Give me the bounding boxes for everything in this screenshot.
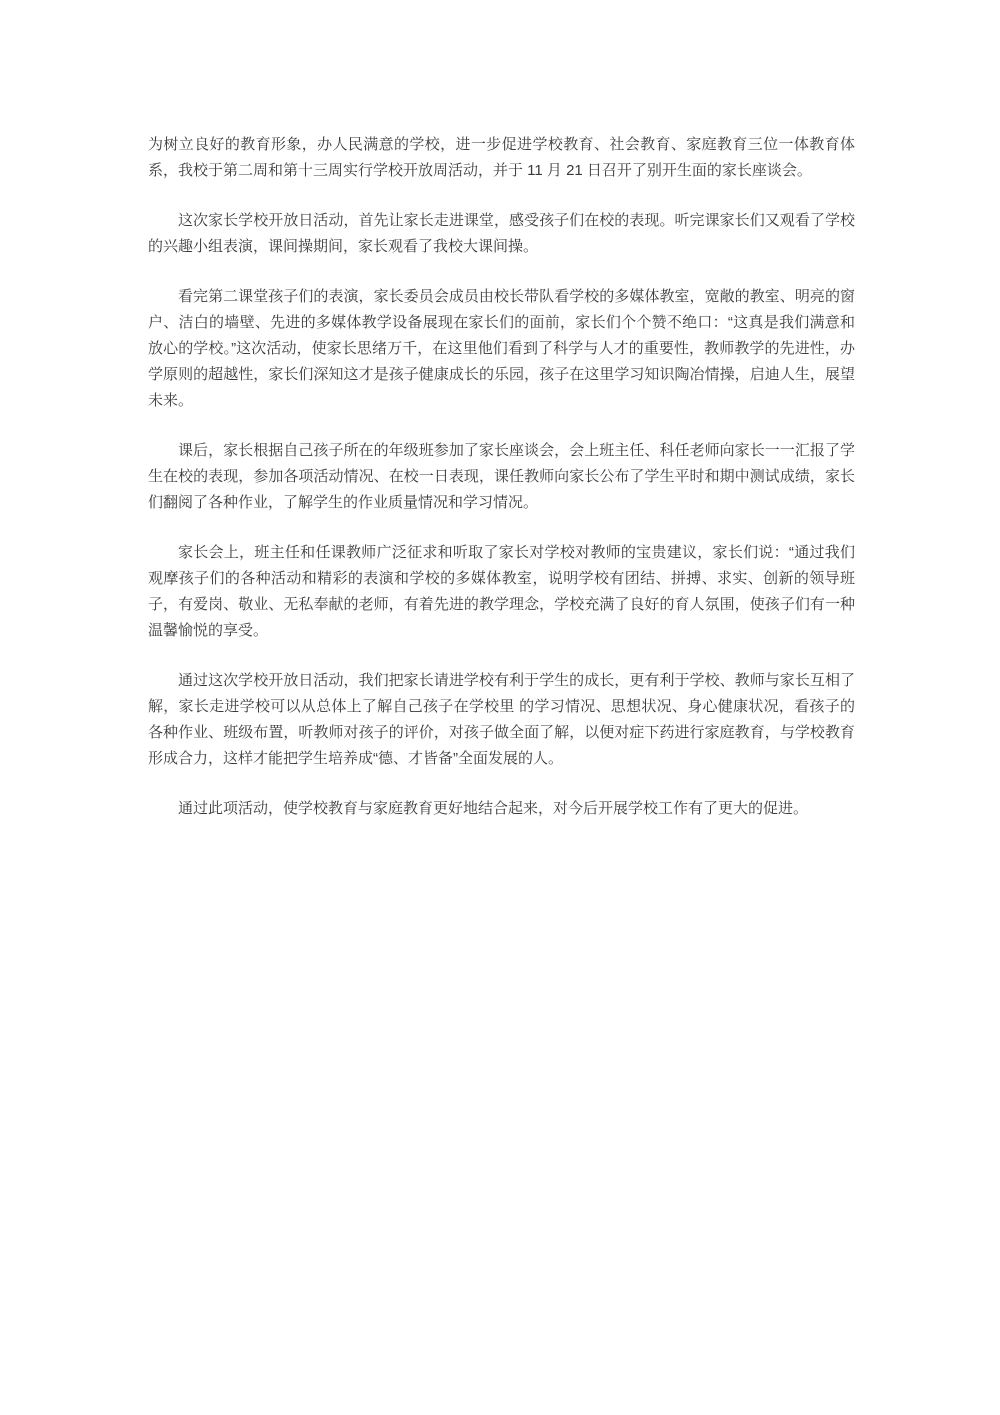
document-page: 为树立良好的教育形象，办人民满意的学校，进一步促进学校教育、社会教育、家庭教育三… [0,0,1000,822]
paragraph-benefits: 通过这次学校开放日活动，我们把家长请进学校有利于学生的成长，更有利于学校、教师与… [148,668,855,772]
paragraph-feedback: 家长会上，班主任和任课教师广泛征求和听取了家长对学校对教师的宝贵建议，家长们说：… [148,540,855,644]
paragraph-closing: 通过此项活动，使学校教育与家庭教育更好地结合起来，对今后开展学校工作有了更大的促… [148,796,855,822]
paragraph-meeting: 课后，家长根据自己孩子所在的年级班参加了家长座谈会，会上班主任、科任老师向家长一… [148,438,855,516]
paragraph-classroom: 这次家长学校开放日活动，首先让家长走进课堂，感受孩子们在校的表现。听完课家长们又… [148,208,855,260]
paragraph-tour: 看完第二课堂孩子们的表演，家长委员会成员由校长带队看学校的多媒体教室，宽敞的教室… [148,284,855,414]
paragraph-intro: 为树立良好的教育形象，办人民满意的学校，进一步促进学校教育、社会教育、家庭教育三… [148,132,855,184]
